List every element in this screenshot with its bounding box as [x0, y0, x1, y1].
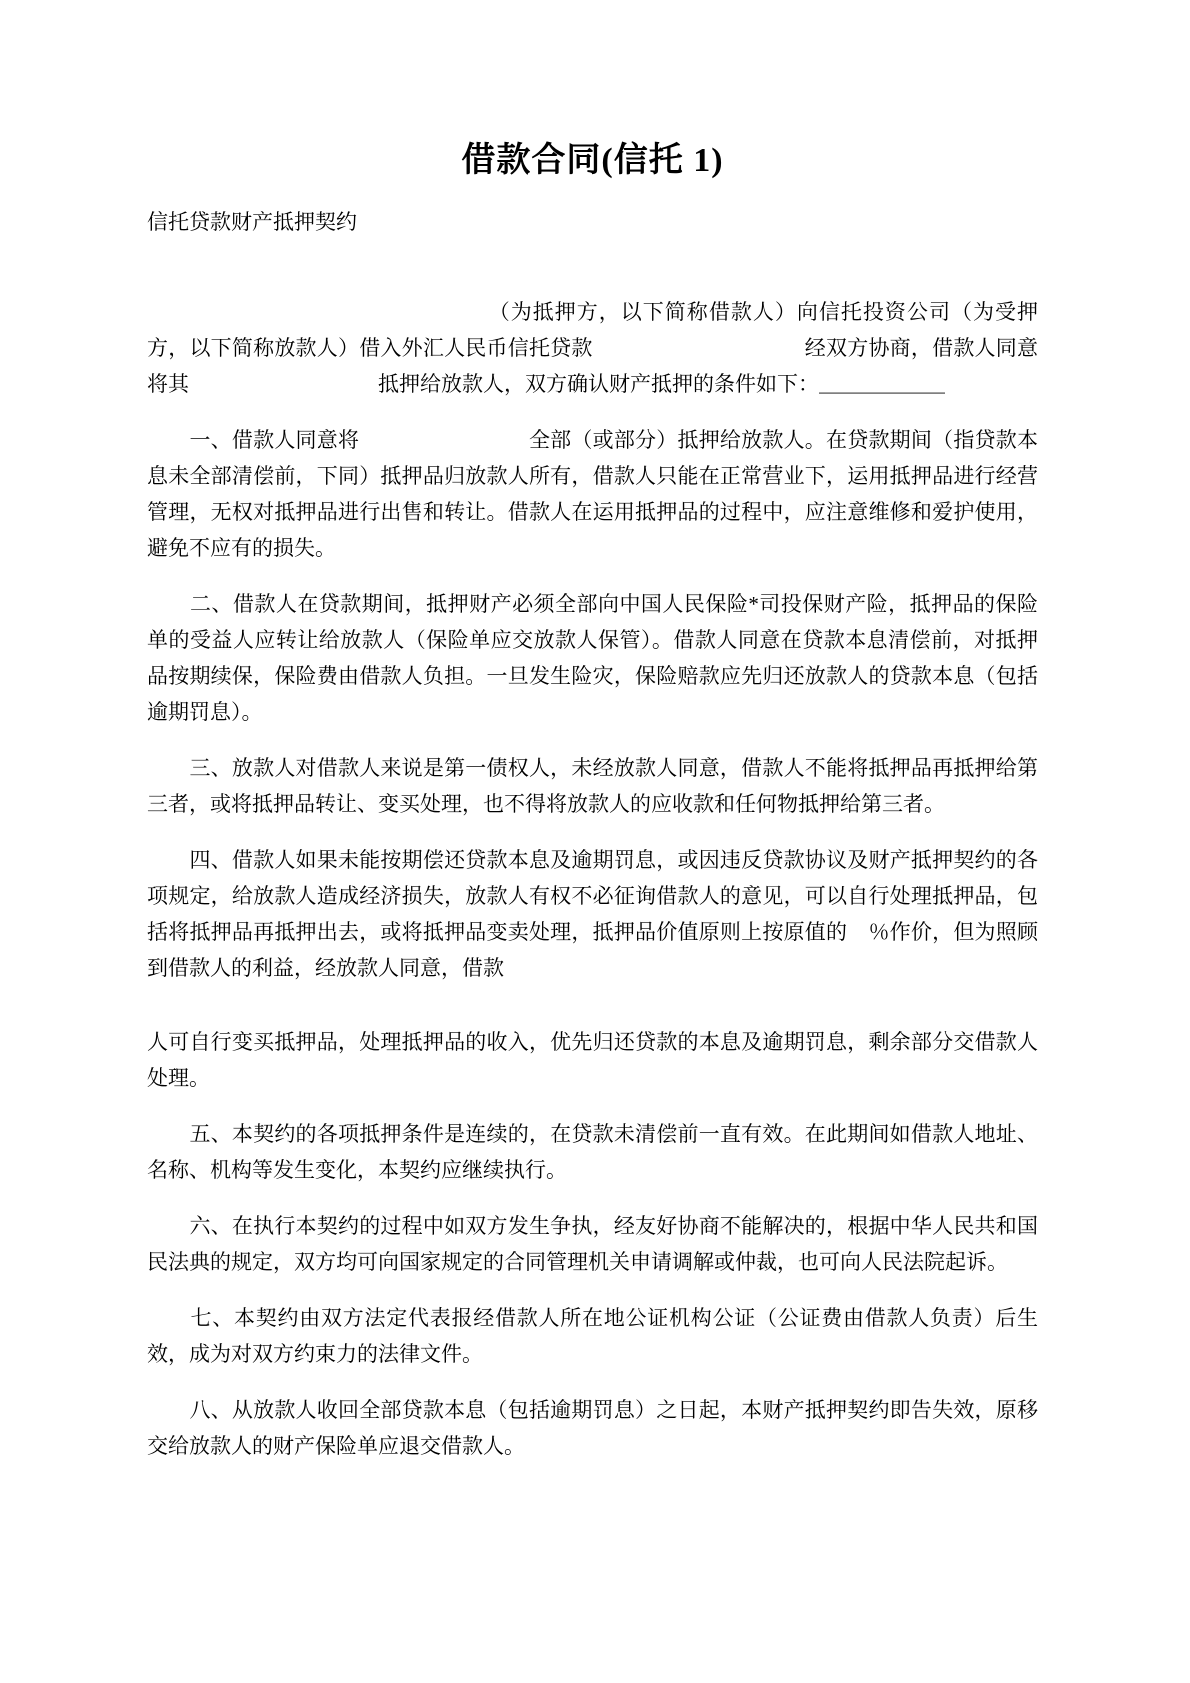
paragraph-intro: （为抵押方，以下简称借款人）向信托投资公司（为受押方，以下简称放款人）借入外汇人…	[147, 294, 1038, 402]
paragraph-clause-4-continuation: 人可自行变买抵押品，处理抵押品的收入，优先归还贷款的本息及逾期罚息，剩余部分交借…	[147, 1024, 1038, 1096]
paragraph-clause-2: 二、借款人在贷款期间，抵押财产必须全部向中国人民保险*司投保财产险，抵押品的保险…	[147, 586, 1038, 730]
paragraph-clause-6: 六、在执行本契约的过程中如双方发生争执，经友好协商不能解决的，根据中华人民共和国…	[147, 1208, 1038, 1280]
paragraph-clause-8: 八、从放款人收回全部贷款本息（包括逾期罚息）之日起，本财产抵押契约即告失效，原移…	[147, 1392, 1038, 1464]
document-title: 借款合同(信托 1)	[147, 138, 1038, 184]
paragraph-clause-4: 四、借款人如果未能按期偿还贷款本息及逾期罚息，或因违反贷款协议及财产抵押契约的各…	[147, 842, 1038, 986]
document-page: 借款合同(信托 1) 信托贷款财产抵押契约 （为抵押方，以下简称借款人）向信托投…	[0, 0, 1190, 1683]
paragraph-clause-7: 七、本契约由双方法定代表报经借款人所在地公证机构公证（公证费由借款人负责）后生效…	[147, 1300, 1038, 1372]
paragraph-clause-5: 五、本契约的各项抵押条件是连续的，在贷款未清偿前一直有效。在此期间如借款人地址、…	[147, 1116, 1038, 1188]
paragraph-clause-3: 三、放款人对借款人来说是第一债权人，未经放款人同意，借款人不能将抵押品再抵押给第…	[147, 750, 1038, 822]
paragraph-clause-1: 一、借款人同意将 全部（或部分）抵押给放款人。在贷款期间（指贷款本息未全部清偿前…	[147, 422, 1038, 566]
document-subtitle: 信托贷款财产抵押契约	[147, 204, 1038, 240]
